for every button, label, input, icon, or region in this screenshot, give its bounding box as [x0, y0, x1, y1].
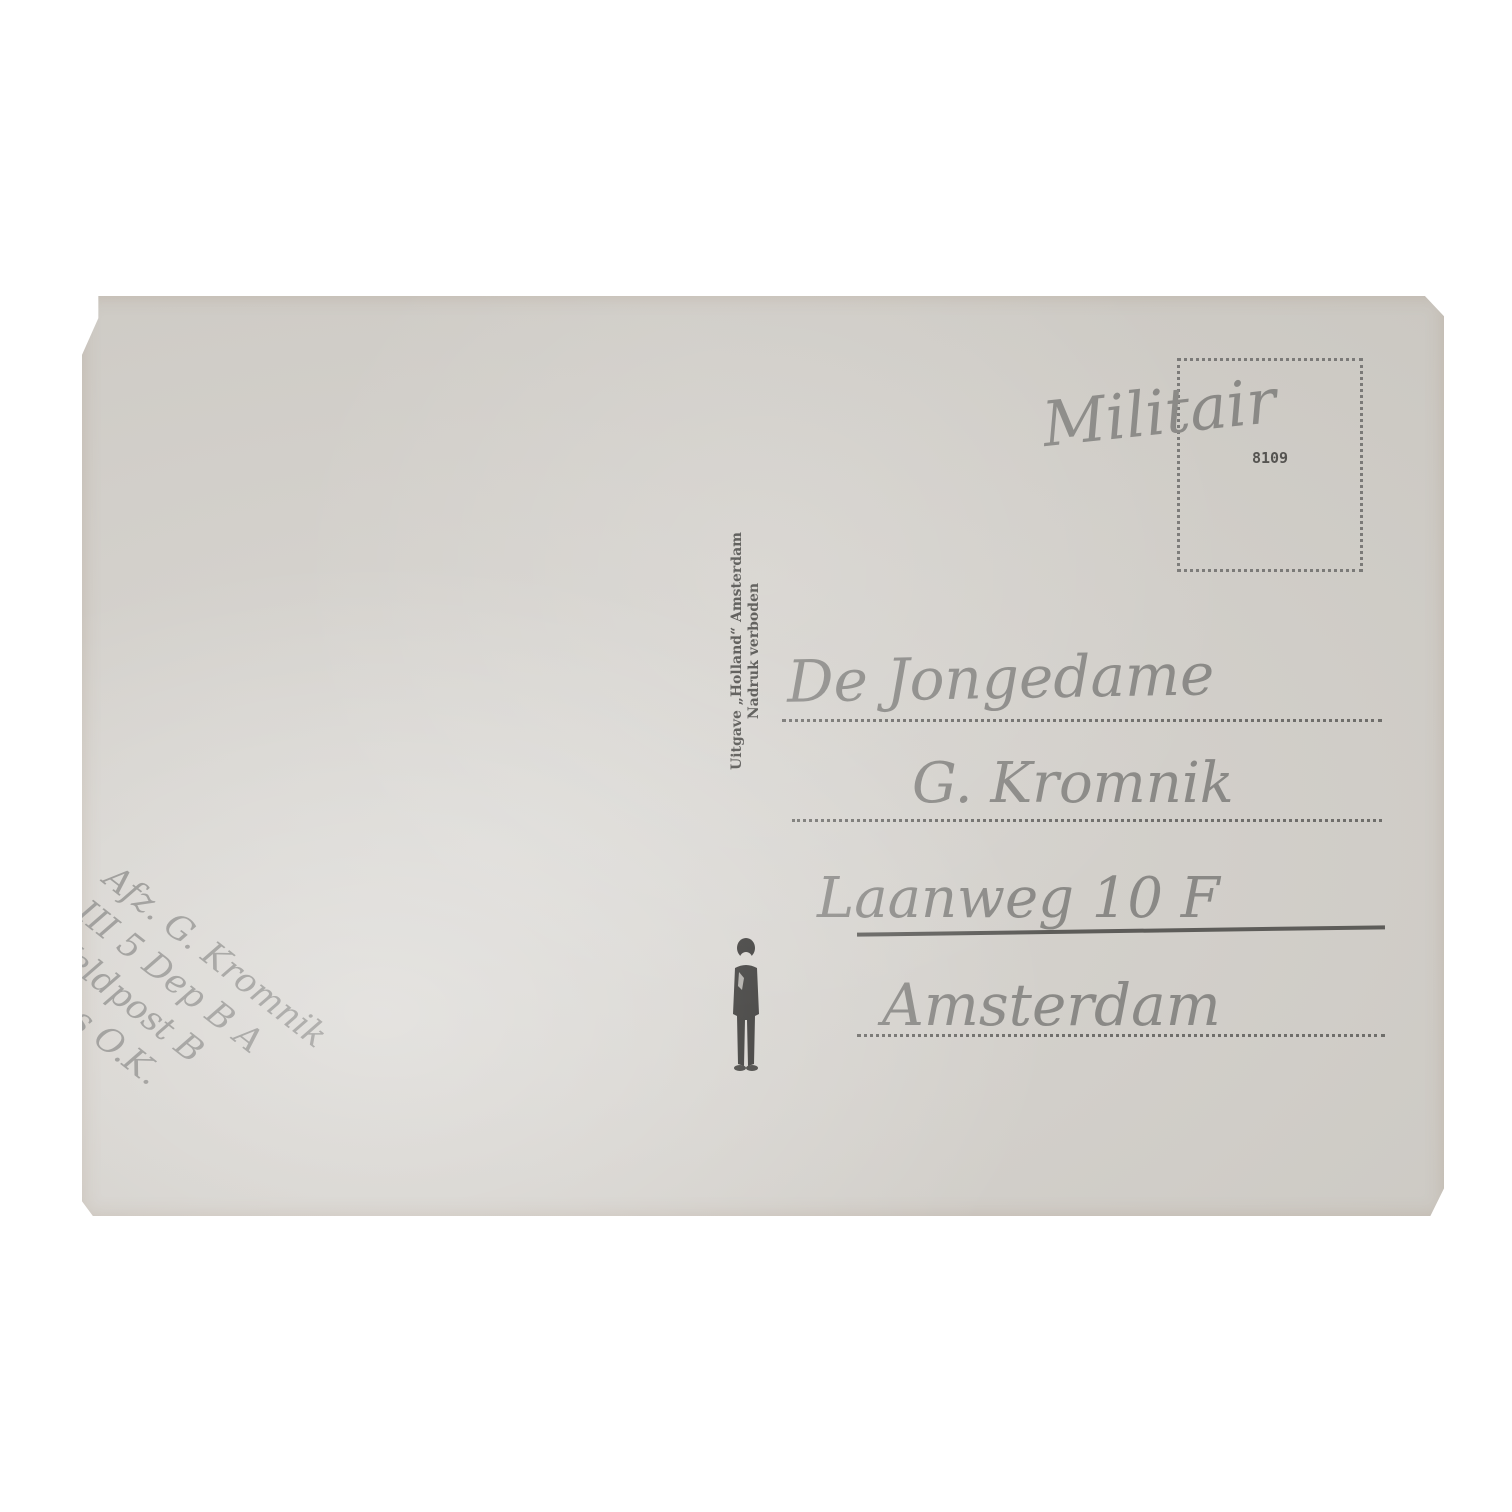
dutch-boy-figure-icon [730, 936, 762, 1076]
stamp-box-number: 8109 [1180, 449, 1360, 467]
address-line-3: Laanweg 10 F [817, 866, 1220, 931]
publisher-imprint: Uitgave „Holland“ Amsterdam Nadruk verbo… [722, 441, 770, 861]
publisher-line-2: Nadruk verboden [746, 441, 763, 861]
address-rule-1 [782, 719, 1382, 722]
postcard: 8109 Militair Uitgave „Holland“ Amsterda… [82, 296, 1444, 1216]
address-line-1: De Jongedame [786, 640, 1214, 715]
publisher-line-1: Uitgave „Holland“ Amsterdam [729, 441, 746, 861]
address-rule-2 [792, 819, 1382, 822]
address-line-2: G. Kromnik [912, 751, 1234, 816]
sender-note: Afz. G. Kromnik III 5 Dep B A Veldpost B… [14, 856, 336, 1162]
address-line-4: Amsterdam [882, 971, 1221, 1039]
